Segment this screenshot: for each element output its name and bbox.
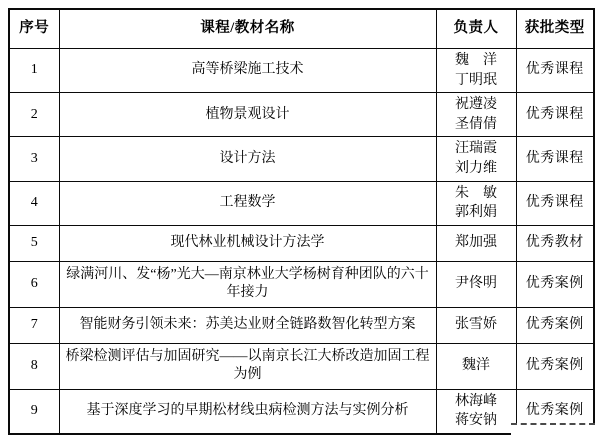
header-course-name: 课程/教材名称 <box>59 9 436 49</box>
table-body: 1 高等桥梁施工技术 魏 洋丁明珉 优秀课程 2 植物景观设计 祝遵凌圣倩倩 优… <box>9 49 594 431</box>
table-row: 5 现代林业机械设计方法学 郑加强 优秀教材 <box>9 225 594 261</box>
cell-approval-type: 优秀案例 <box>516 343 594 389</box>
cell-row-number: 2 <box>9 93 59 137</box>
cell-row-number: 4 <box>9 181 59 225</box>
cell-course-name: 基于深度学习的早期松材线虫病检测方法与实例分析 <box>59 389 436 430</box>
cell-leader-names: 祝遵凌圣倩倩 <box>436 93 516 137</box>
cell-leader-names: 魏 洋丁明珉 <box>436 49 516 93</box>
cell-course-name: 现代林业机械设计方法学 <box>59 225 436 261</box>
approval-table-wrap: 序号 课程/教材名称 负责人 获批类型 1 高等桥梁施工技术 魏 洋丁明珉 优秀… <box>8 8 593 430</box>
approval-table: 序号 课程/教材名称 负责人 获批类型 1 高等桥梁施工技术 魏 洋丁明珉 优秀… <box>8 8 595 430</box>
cell-approval-type: 优秀课程 <box>516 49 594 93</box>
cell-leader-names: 汪瑞霞刘力维 <box>436 137 516 181</box>
cell-row-number: 5 <box>9 225 59 261</box>
table-row: 6 绿满河川、发“杨”光大—南京林业大学杨树育种团队的六十年接力 尹佟明 优秀案… <box>9 261 594 307</box>
table-row: 3 设计方法 汪瑞霞刘力维 优秀课程 <box>9 137 594 181</box>
header-no: 序号 <box>9 9 59 49</box>
table-row: 1 高等桥梁施工技术 魏 洋丁明珉 优秀课程 <box>9 49 594 93</box>
cell-approval-type: 优秀案例 <box>516 261 594 307</box>
header-type: 获批类型 <box>516 9 594 49</box>
cell-course-name: 高等桥梁施工技术 <box>59 49 436 93</box>
cell-leader-names: 魏洋 <box>436 343 516 389</box>
cell-leader-names: 张雪娇 <box>436 307 516 343</box>
cell-leader-names: 郑加强 <box>436 225 516 261</box>
cell-approval-type: 优秀案例 <box>516 307 594 343</box>
cell-approval-type: 优秀课程 <box>516 93 594 137</box>
cell-leader-names: 林海峰蒋安钠 <box>436 389 516 430</box>
crop-artifact <box>511 423 595 430</box>
header-row: 序号 课程/教材名称 负责人 获批类型 <box>9 9 594 49</box>
table-row: 7 智能财务引领未来：苏美达业财全链路数智化转型方案 张雪娇 优秀案例 <box>9 307 594 343</box>
cell-course-name: 智能财务引领未来：苏美达业财全链路数智化转型方案 <box>59 307 436 343</box>
table-row: 2 植物景观设计 祝遵凌圣倩倩 优秀课程 <box>9 93 594 137</box>
cell-course-name: 植物景观设计 <box>59 93 436 137</box>
cell-row-number: 1 <box>9 49 59 93</box>
cell-course-name: 桥梁检测评估与加固研究——以南京长江大桥改造加固工程为例 <box>59 343 436 389</box>
cell-row-number: 8 <box>9 343 59 389</box>
header-leader: 负责人 <box>436 9 516 49</box>
table-row: 4 工程数学 朱 敏郭利娟 优秀课程 <box>9 181 594 225</box>
table-row: 9 基于深度学习的早期松材线虫病检测方法与实例分析 林海峰蒋安钠 优秀案例 <box>9 389 594 430</box>
cell-leader-names: 尹佟明 <box>436 261 516 307</box>
cell-leader-names: 朱 敏郭利娟 <box>436 181 516 225</box>
cell-course-name: 绿满河川、发“杨”光大—南京林业大学杨树育种团队的六十年接力 <box>59 261 436 307</box>
cell-row-number: 7 <box>9 307 59 343</box>
table-row: 8 桥梁检测评估与加固研究——以南京长江大桥改造加固工程为例 魏洋 优秀案例 <box>9 343 594 389</box>
cell-row-number: 9 <box>9 389 59 430</box>
cell-approval-type: 优秀教材 <box>516 225 594 261</box>
cell-course-name: 工程数学 <box>59 181 436 225</box>
cell-approval-type: 优秀课程 <box>516 137 594 181</box>
cell-course-name: 设计方法 <box>59 137 436 181</box>
cell-approval-type: 优秀课程 <box>516 181 594 225</box>
cell-row-number: 6 <box>9 261 59 307</box>
cell-row-number: 3 <box>9 137 59 181</box>
